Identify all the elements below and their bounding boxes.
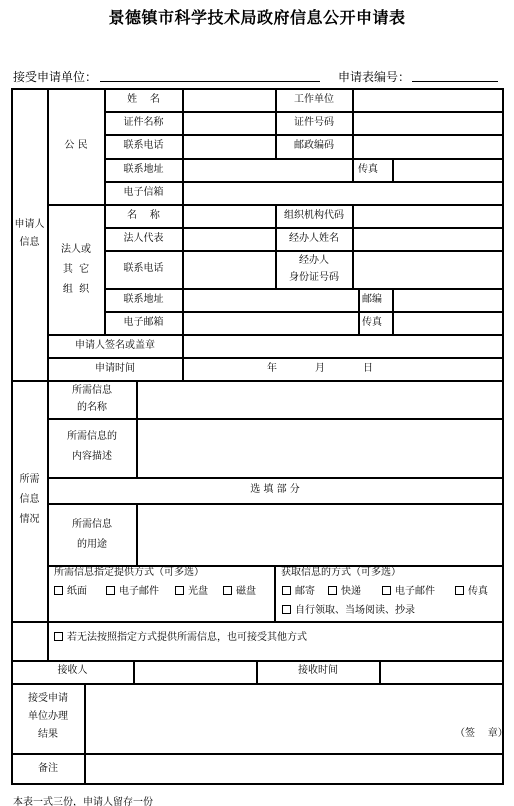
citizen-postcode-field[interactable] bbox=[354, 136, 501, 157]
provide-option-cd[interactable]: 光盘 bbox=[175, 586, 208, 598]
remarks-field[interactable] bbox=[86, 755, 501, 782]
org-code-label: 组织机构代码 bbox=[276, 210, 352, 222]
date-month-label: 月 bbox=[315, 363, 325, 375]
result-field[interactable] bbox=[86, 685, 501, 752]
info-section-label: 所需 信息 情况 bbox=[12, 470, 47, 530]
citizen-address-field[interactable] bbox=[184, 160, 351, 180]
citizen-email-label: 电子信箱 bbox=[105, 187, 182, 199]
date-year-label: 年 bbox=[267, 363, 277, 375]
receive-time-field[interactable] bbox=[381, 662, 501, 682]
citizen-id-type-label: 证件名称 bbox=[105, 117, 182, 129]
provide-option-disk[interactable]: 磁盘 bbox=[223, 586, 256, 598]
agent-name-label: 经办人姓名 bbox=[276, 233, 352, 245]
org-phone-label: 联系电话 bbox=[105, 263, 182, 275]
org-name-label: 名 称 bbox=[105, 210, 182, 222]
checkbox[interactable] bbox=[282, 605, 291, 614]
org-code-field[interactable] bbox=[354, 206, 501, 226]
citizen-id-number-field[interactable] bbox=[354, 113, 501, 133]
info-name-label: 所需信息 的名称 bbox=[48, 382, 136, 416]
info-description-field[interactable] bbox=[138, 420, 501, 476]
org-phone-field[interactable] bbox=[184, 252, 274, 287]
form-number-label: 申请表编号： bbox=[338, 68, 410, 85]
info-description-label: 所需信息的 内容描述 bbox=[48, 427, 136, 467]
form-number-field[interactable] bbox=[412, 81, 498, 82]
receive-time-label: 接收时间 bbox=[257, 665, 379, 677]
obtain-method-label: 获取信息的方式（可多选） bbox=[281, 567, 401, 579]
info-purpose-label: 所需信息 的用途 bbox=[48, 515, 136, 555]
provide-option-paper[interactable]: 纸面 bbox=[54, 586, 87, 598]
checkbox[interactable] bbox=[382, 586, 391, 595]
org-postcode-field[interactable] bbox=[394, 290, 501, 310]
checkbox[interactable] bbox=[106, 586, 115, 595]
checkbox[interactable] bbox=[282, 586, 291, 595]
agent-name-field[interactable] bbox=[354, 229, 501, 249]
obtain-option-mail[interactable]: 邮寄 bbox=[282, 586, 315, 598]
remarks-label: 备注 bbox=[12, 763, 84, 775]
citizen-postcode-label: 邮政编码 bbox=[276, 140, 352, 152]
accept-other-option[interactable]: 若无法按照指定方式提供所需信息，也可接受其他方式 bbox=[54, 632, 307, 644]
footer-note: 本表一式三份，申请人留存一份 bbox=[13, 793, 153, 806]
checkbox[interactable] bbox=[54, 586, 63, 595]
citizen-work-unit-field[interactable] bbox=[354, 90, 501, 110]
checkbox[interactable] bbox=[54, 632, 63, 641]
citizen-id-number-label: 证件号码 bbox=[276, 117, 352, 129]
citizen-id-type-field[interactable] bbox=[184, 113, 274, 133]
org-email-field[interactable] bbox=[184, 313, 357, 333]
citizen-fax-field[interactable] bbox=[394, 160, 501, 180]
org-address-label: 联系地址 bbox=[105, 294, 182, 306]
result-label: 接受申请 单位办理 结果 bbox=[12, 690, 84, 744]
citizen-email-field[interactable] bbox=[184, 183, 501, 203]
citizen-name-field[interactable] bbox=[184, 90, 274, 110]
seal-label: （签 章） bbox=[455, 728, 508, 740]
signature-field[interactable] bbox=[184, 336, 501, 356]
application-date-label: 申请时间 bbox=[48, 363, 182, 375]
info-purpose-field[interactable] bbox=[138, 505, 501, 564]
agent-id-label: 经办人 身份证号码 bbox=[276, 252, 352, 286]
org-postcode-label: 邮编 bbox=[362, 294, 382, 306]
org-address-field[interactable] bbox=[184, 290, 357, 310]
org-fax-label: 传真 bbox=[362, 317, 382, 329]
receiving-unit-field[interactable] bbox=[100, 81, 320, 82]
provide-method-label: 所需信息指定提供方式（可多选） bbox=[54, 567, 204, 579]
organization-group-label: 法人或 其 它 组 织 bbox=[48, 240, 104, 300]
citizen-name-label: 姓 名 bbox=[105, 94, 182, 106]
org-email-label: 电子邮箱 bbox=[105, 317, 182, 329]
org-fax-field[interactable] bbox=[394, 313, 501, 333]
obtain-option-email[interactable]: 电子邮件 bbox=[382, 586, 435, 598]
agent-id-field[interactable] bbox=[354, 252, 501, 287]
citizen-phone-label: 联系电话 bbox=[105, 140, 182, 152]
obtain-option-express[interactable]: 快递 bbox=[328, 586, 361, 598]
legal-rep-field[interactable] bbox=[184, 229, 274, 249]
date-day-label: 日 bbox=[363, 363, 373, 375]
optional-section-label: 选 填 部 分 bbox=[48, 484, 502, 496]
form-title: 景德镇市科学技术局政府信息公开申请表 bbox=[0, 5, 514, 28]
signature-label: 申请人签名或盖章 bbox=[48, 340, 182, 352]
receiver-label: 接收人 bbox=[12, 665, 133, 677]
citizen-work-unit-label: 工作单位 bbox=[276, 94, 352, 106]
info-name-field[interactable] bbox=[138, 382, 501, 417]
citizen-phone-field[interactable] bbox=[184, 136, 274, 157]
checkbox[interactable] bbox=[175, 586, 184, 595]
citizen-group-label: 公 民 bbox=[48, 140, 104, 152]
application-date-field[interactable] bbox=[184, 359, 501, 379]
obtain-option-self-pickup[interactable]: 自行领取、当场阅读、抄录 bbox=[282, 605, 415, 617]
legal-rep-label: 法人代表 bbox=[105, 233, 182, 245]
applicant-section-label: 申请人 信息 bbox=[12, 216, 47, 252]
receiving-unit-label: 接受申请单位： bbox=[13, 68, 97, 85]
checkbox[interactable] bbox=[223, 586, 232, 595]
citizen-address-label: 联系地址 bbox=[105, 164, 182, 176]
provide-option-email[interactable]: 电子邮件 bbox=[106, 586, 159, 598]
checkbox[interactable] bbox=[328, 586, 337, 595]
receiver-field[interactable] bbox=[135, 662, 255, 682]
checkbox[interactable] bbox=[455, 586, 464, 595]
citizen-fax-label: 传真 bbox=[358, 164, 378, 176]
org-name-field[interactable] bbox=[184, 206, 274, 226]
obtain-option-fax[interactable]: 传真 bbox=[455, 586, 488, 598]
